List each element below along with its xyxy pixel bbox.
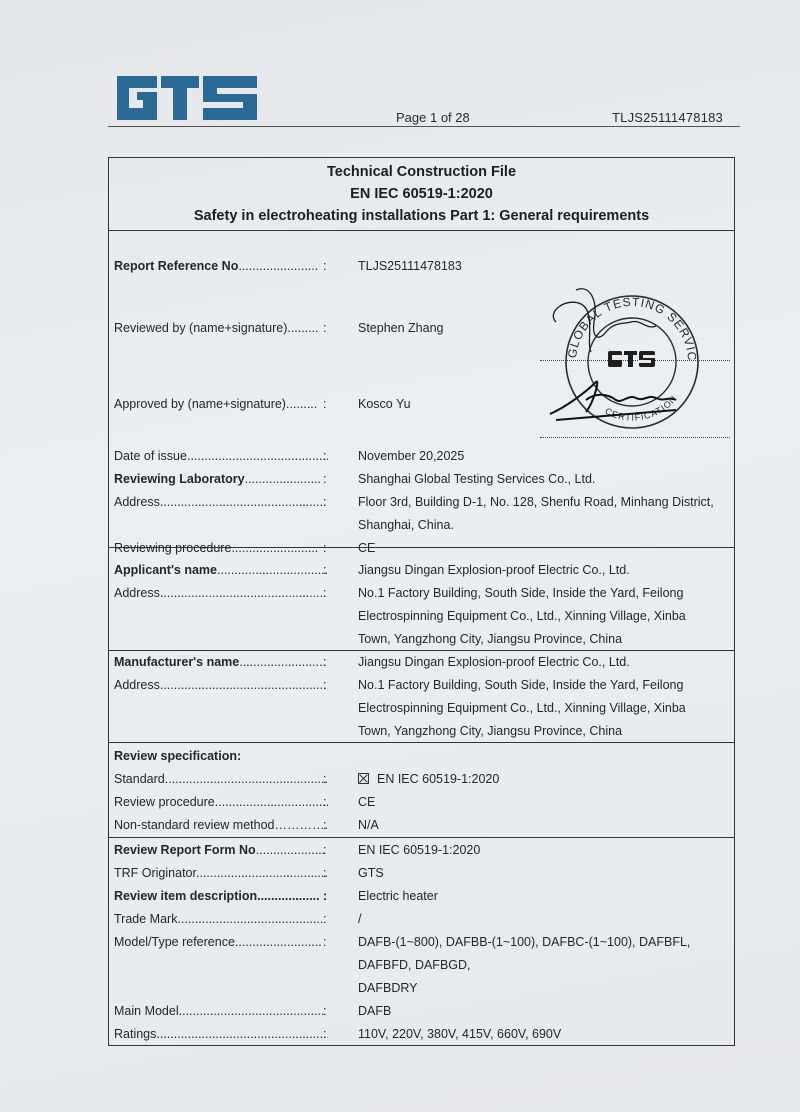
row-standard: Standard................................…	[109, 768, 734, 790]
row-reviewing-procedure: Reviewing procedure.....................…	[109, 537, 734, 559]
gts-logo	[115, 72, 260, 124]
value-standard: EN IEC 60519-1:2020	[377, 772, 499, 786]
label-applicant-name: Applicant's name	[114, 563, 217, 577]
label-manufacturer-address: Address	[114, 678, 160, 692]
label-trf-originator: TRF Originator	[114, 866, 196, 880]
value-manufacturer-address-line2: Electrospinning Equipment Co., Ltd., Xin…	[358, 697, 686, 719]
value-applicant-address-line3: Town, Yangzhong City, Jiangsu Province, …	[358, 628, 622, 650]
value-trf-originator: GTS	[358, 862, 384, 884]
label-lab-address: Address	[114, 495, 160, 509]
row-applicant-address: Address.................................…	[109, 582, 734, 604]
value-item-description: Electric heater	[358, 885, 438, 907]
page-indicator: Page 1 of 28	[396, 110, 470, 125]
row-ratings: Ratings.................................…	[109, 1023, 734, 1045]
header-divider	[108, 126, 740, 127]
label-item-description: Review item description	[114, 889, 257, 903]
row-report-reference: Report Reference No.....................…	[109, 255, 734, 277]
company-stamp-icon: GLOBAL TESTING SERVICES CO.,LTD. CERTIFI…	[536, 282, 726, 442]
row-manufacturer-name: Manufacturer's name.....................…	[109, 651, 734, 673]
value-trade-mark: /	[358, 908, 361, 930]
row-model-reference: Model/Type reference....................…	[109, 931, 734, 953]
section-manufacturer: Manufacturer's name.....................…	[109, 651, 734, 743]
row-lab-address-cont: Shanghai, China.	[109, 514, 734, 536]
value-reviewed-by: Stephen Zhang	[358, 317, 444, 339]
value-main-model: DAFB	[358, 1000, 391, 1022]
row-trade-mark: Trade Mark..............................…	[109, 908, 734, 930]
value-nonstandard-method: N/A	[358, 814, 379, 836]
section-applicant: Applicant's name........................…	[109, 559, 734, 651]
row-manufacturer-address: Address.................................…	[109, 674, 734, 696]
standard-checkbox-checked	[358, 773, 369, 784]
value-applicant-address-line1: No.1 Factory Building, South Side, Insid…	[358, 582, 683, 604]
label-model-reference: Model/Type reference	[114, 935, 235, 949]
doc-subtitle: Safety in electroheating installations P…	[109, 205, 734, 227]
review-spec-heading: Review specification:	[114, 745, 328, 767]
label-form-number: Review Report Form No	[114, 843, 256, 857]
value-model-reference-line2: DAFBFD, DAFBGD,	[358, 954, 471, 976]
label-report-reference: Report Reference No	[114, 259, 238, 273]
value-model-reference-line3: DAFBDRY	[358, 977, 418, 999]
label-trade-mark: Trade Mark	[114, 912, 177, 926]
value-report-reference: TLJS25111478183	[358, 255, 462, 277]
value-model-reference-line1: DAFB-(1~800), DAFBB-(1~100), DAFBC-(1~10…	[358, 931, 690, 953]
value-approved-by: Kosco Yu	[358, 393, 411, 415]
value-lab-address-line2: Shanghai, China.	[358, 514, 454, 536]
label-manufacturer-name: Manufacturer's name	[114, 655, 239, 669]
value-review-procedure: CE	[358, 791, 375, 813]
label-reviewed-by: Reviewed by (name+signature)	[114, 321, 287, 335]
section-review-item: Review Report Form No...................…	[109, 839, 734, 1045]
title-block: Technical Construction File EN IEC 60519…	[109, 158, 734, 231]
label-main-model: Main Model	[114, 1004, 179, 1018]
label-applicant-address: Address	[114, 586, 160, 600]
label-approved-by: Approved by (name+signature)	[114, 397, 286, 411]
doc-standard: EN IEC 60519-1:2020	[109, 183, 734, 205]
value-applicant-address-line2: Electrospinning Equipment Co., Ltd., Xin…	[358, 605, 686, 627]
row-date-of-issue: Date of issue...........................…	[109, 445, 734, 467]
row-main-model: Main Model..............................…	[109, 1000, 734, 1022]
value-manufacturer-address-line1: No.1 Factory Building, South Side, Insid…	[358, 674, 683, 696]
doc-title: Technical Construction File	[109, 158, 734, 183]
label-review-procedure: Review procedure	[114, 795, 215, 809]
value-manufacturer-name: Jiangsu Dingan Explosion-proof Electric …	[358, 651, 630, 673]
section-review-specification: Review specification: Standard..........…	[109, 743, 734, 838]
label-nonstandard-method: Non-standard review method	[114, 818, 275, 832]
row-form-number: Review Report Form No...................…	[109, 839, 734, 861]
label-ratings: Ratings	[114, 1027, 156, 1041]
value-applicant-name: Jiangsu Dingan Explosion-proof Electric …	[358, 559, 630, 581]
label-reviewing-procedure: Reviewing procedure	[114, 541, 231, 555]
value-form-number: EN IEC 60519-1:2020	[358, 839, 480, 861]
value-manufacturer-address-line3: Town, Yangzhong City, Jiangsu Province, …	[358, 720, 622, 742]
row-review-procedure: Review procedure........................…	[109, 791, 734, 813]
row-lab-address: Address.................................…	[109, 491, 734, 513]
value-date-of-issue: November 20,2025	[358, 445, 464, 467]
row-trf-originator: TRF Originator..........................…	[109, 862, 734, 884]
row-item-description: Review item description.................…	[109, 885, 734, 907]
label-standard: Standard	[114, 772, 165, 786]
row-review-spec-heading: Review specification:	[109, 745, 734, 767]
row-nonstandard-method: Non-standard review method………….. : N/A	[109, 814, 734, 836]
value-reviewing-procedure: CE	[358, 537, 375, 559]
row-applicant-name: Applicant's name........................…	[109, 559, 734, 581]
row-reviewing-laboratory: Reviewing Laboratory....................…	[109, 468, 734, 490]
value-lab-address-line1: Floor 3rd, Building D-1, No. 128, Shenfu…	[358, 491, 714, 513]
value-reviewing-laboratory: Shanghai Global Testing Services Co., Lt…	[358, 468, 595, 490]
label-date-of-issue: Date of issue	[114, 449, 187, 463]
value-ratings: 110V, 220V, 380V, 415V, 660V, 690V	[358, 1023, 561, 1045]
header-report-ref: TLJS25111478183	[612, 110, 723, 125]
label-reviewing-laboratory: Reviewing Laboratory	[114, 472, 245, 486]
